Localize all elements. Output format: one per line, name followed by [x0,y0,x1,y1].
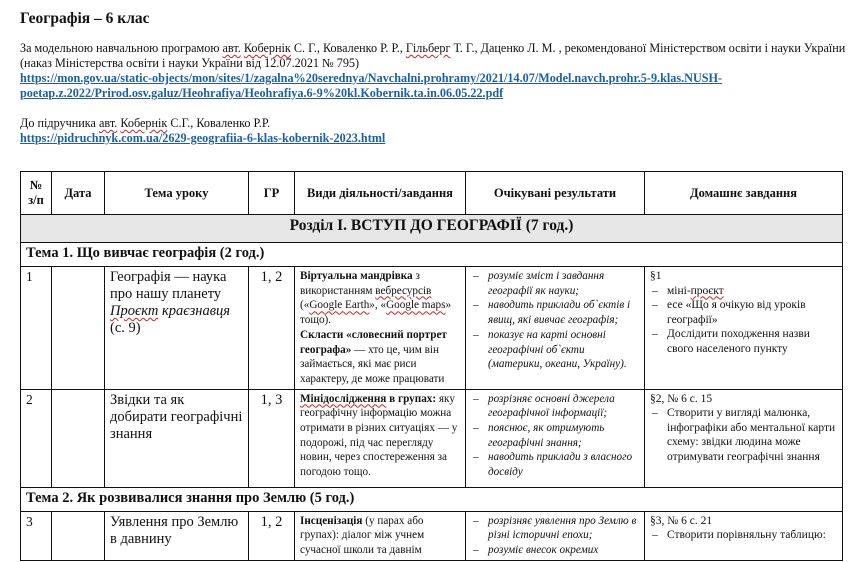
lesson-number: 3 [21,511,52,560]
header-gr: ГР [249,172,295,215]
lesson-activities: Віртуальна мандрівка з використанням веб… [295,267,466,390]
spellcheck-word: Кобернік [120,116,167,130]
homework-paragraph: §1 [650,269,837,284]
header-activities: Види діяльності/завдання [295,172,466,215]
homework-paragraph: §2, № 6 с. 15 [650,392,837,407]
homework-item: Створити у вигляді малюнка, інфографіки … [650,406,837,464]
result-item: розуміє зміст і завдання географії як на… [471,269,639,298]
homework-paragraph: §3, № 6 с. 21 [650,514,837,529]
lesson-topic: Уявлення про Землю в давнину [105,511,249,560]
result-item: розрізняє уявлення про Землю в різні іст… [471,514,639,543]
table-row: 2 Звідки та як добирати географічні знан… [21,389,843,487]
homework-item: Дослідити походження назви свого населен… [650,327,837,356]
result-item: наводить приклади з власного досвіду [471,450,639,479]
lesson-number: 2 [21,389,52,487]
lesson-results: розрізняє основні джерела географічної і… [466,389,645,487]
topic-row: Тема 1. Що вивчає географія (2 год.) [21,243,843,267]
header-homework: Домашнє завдання [645,172,843,215]
result-item: розуміє внесок окремих [471,543,639,558]
topic-title: Тема 1. Що вивчає географія (2 год.) [21,243,843,267]
lesson-number: 1 [21,267,52,390]
homework-item: есе «Що я очікую від уроків географії» [650,298,837,327]
spellcheck-word: Гільберг [406,41,451,55]
result-item: пояснює, як отримують географічні знання… [471,421,639,450]
lesson-gr: 1, 2 [249,267,295,390]
lesson-homework: §1 міні-проєкт есе «Що я очікую від урок… [645,267,843,390]
lesson-activities: Інсценізація (у парах або групах): діало… [295,511,466,560]
spellcheck-word: авт. [222,41,240,55]
lesson-date [52,267,105,390]
result-item: показує на карті основні географічні об`… [471,328,639,372]
textbook-link[interactable]: https://pidruchnyk.com.ua/2629-geografii… [20,131,385,145]
header-topic: Тема уроку [105,172,249,215]
lesson-gr: 1, 3 [249,389,295,487]
lesson-plan-table: № з/п Дата Тема уроку ГР Види діяльності… [20,171,843,561]
lesson-homework: §2, № 6 с. 15 Створити у вигляді малюнка… [645,389,843,487]
header-results: Очікувані результати [466,172,645,215]
spellcheck-word: авт. [99,116,117,130]
result-item: наводить приклади об`єктів і явищ, які в… [471,298,639,327]
program-reference: За модельною навчальною програмою авт. К… [20,41,850,101]
lesson-date [52,389,105,487]
header-date: Дата [52,172,105,215]
lesson-results: розуміє зміст і завдання географії як на… [466,267,645,390]
section-row: Розділ І. ВСТУП ДО ГЕОГРАФІЇ (7 год.) [21,215,843,243]
textbook-reference: До підручника авт. Кобернік С.Г., Ковале… [20,116,850,146]
header-num: № з/п [21,172,52,215]
spellcheck-word: Кобернік [244,41,291,55]
program-link[interactable]: https://mon.gov.ua/static-objects/mon/si… [20,71,722,100]
homework-item: Створити порівняльну таблицю: [650,528,837,543]
table-row: 3 Уявлення про Землю в давнину 1, 2 Інсц… [21,511,843,560]
lesson-date [52,511,105,560]
topic-row: Тема 2. Як розвивалися знання про Землю … [21,487,843,511]
lesson-topic: Географія — наука про нашу планету Проєк… [105,267,249,390]
lesson-activities: Мінідослідження в групах: яку географічн… [295,389,466,487]
table-row: 1 Географія — наука про нашу планету Про… [21,267,843,390]
section-title: Розділ І. ВСТУП ДО ГЕОГРАФІЇ (7 год.) [21,215,843,243]
result-item: розрізняє основні джерела географічної і… [471,392,639,421]
homework-item: міні-проєкт [650,284,837,299]
lesson-results: розрізняє уявлення про Землю в різні іст… [466,511,645,560]
spellcheck-word: Проєкт [110,303,158,319]
lesson-homework: §3, № 6 с. 21 Створити порівняльну табли… [645,511,843,560]
lesson-topic: Звідки та як добирати географічні знання [105,389,249,487]
document-title: Географія – 6 клас [20,10,150,28]
table-header-row: № з/п Дата Тема уроку ГР Види діяльності… [21,172,843,215]
lesson-gr: 1, 2 [249,511,295,560]
topic-title: Тема 2. Як розвивалися знання про Землю … [21,487,843,511]
